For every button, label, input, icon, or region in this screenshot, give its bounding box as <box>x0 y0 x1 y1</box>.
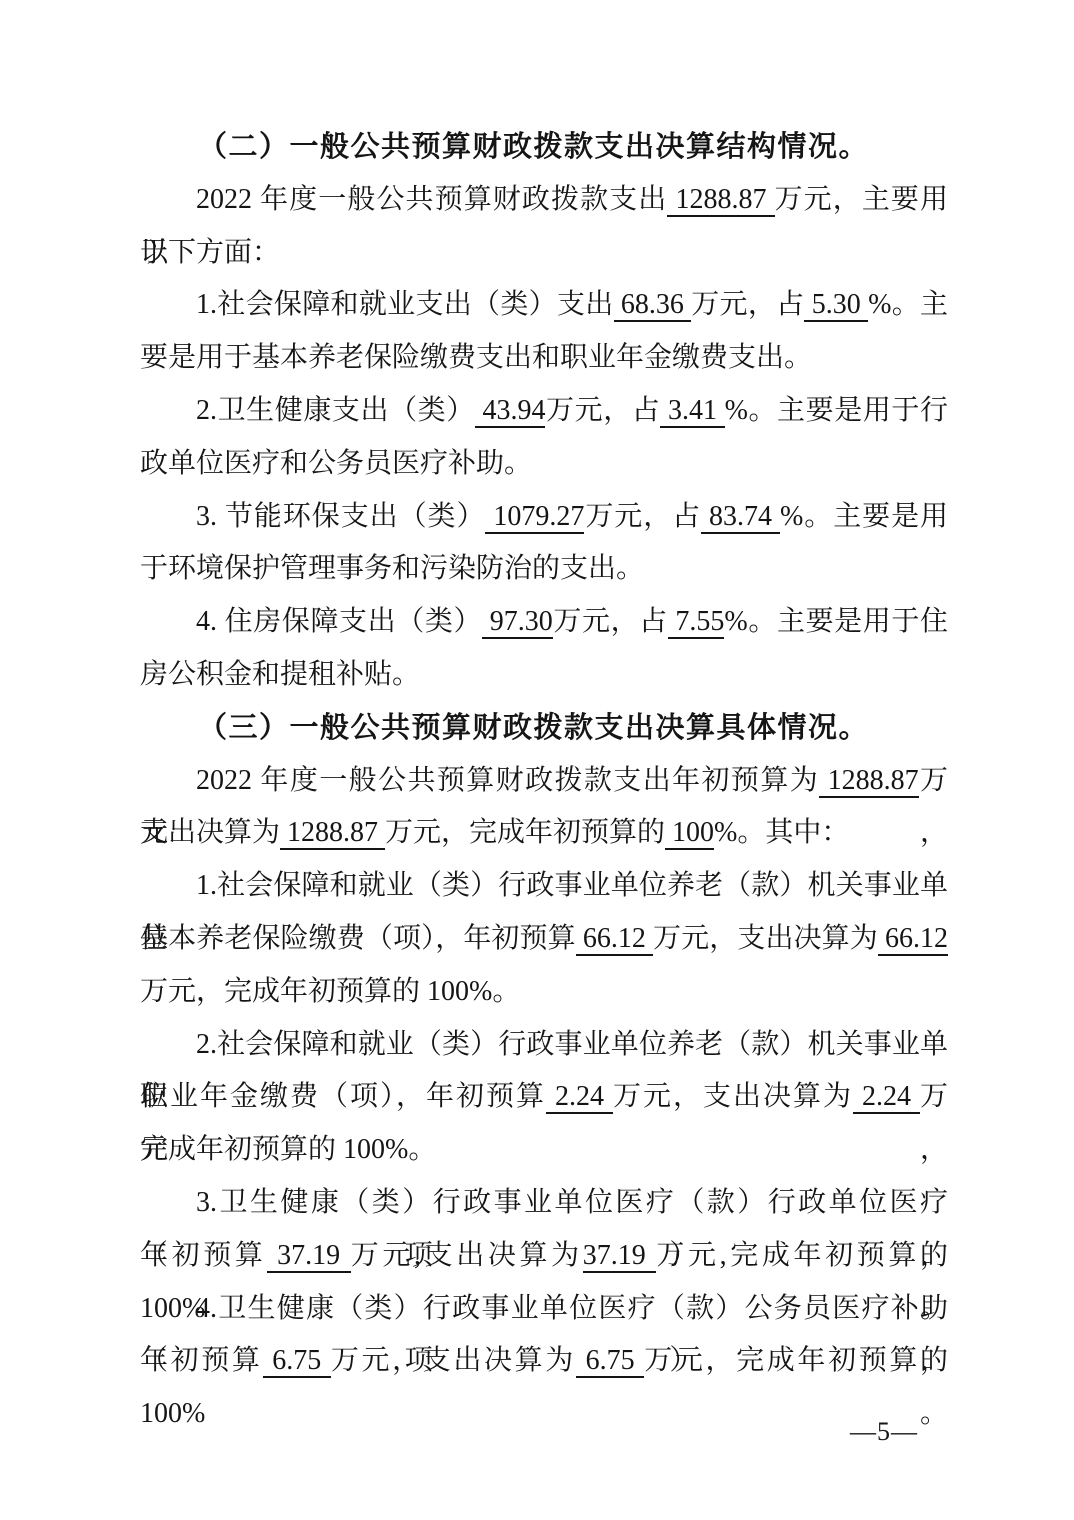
text-run: 万元，占 <box>691 289 804 320</box>
underlined-value: 2.24 <box>853 1081 920 1114</box>
text-run: 万元,支出决算为 <box>351 1240 583 1271</box>
text-line: 万元，完成年初预算的 100%。 <box>140 966 948 1019</box>
text-run: 1.社会保障和就业支出（类）支出 <box>196 289 614 320</box>
text-line: 房公积金和提租补贴。 <box>140 649 948 702</box>
text-line: 基本养老保险缴费（项），年初预算 66.12 万元，支出决算为 66.12 <box>140 913 948 966</box>
text-run: 支出决算为 <box>140 817 280 848</box>
underlined-value: 6.75 <box>576 1345 644 1378</box>
text-line: 以下方面： <box>140 227 948 280</box>
text-run: 万元，支出决算为 <box>613 1081 853 1112</box>
text-block: （二）一般公共预算财政拨款支出决算结构情况。2022 年度一般公共预算财政拨款支… <box>140 121 948 1388</box>
text-line: 3. 节能环保支出（类） 1079.27万元，占 83.74 %。主要是用 <box>140 491 948 544</box>
text-run: （二）一般公共预算财政拨款支出决算结构情况。 <box>198 131 869 163</box>
underlined-value: 1288.87 <box>667 184 774 217</box>
text-run: 万元，占 <box>545 395 660 426</box>
underlined-value: 6.75 <box>263 1345 331 1378</box>
text-line: 要是用于基本养老保险缴费支出和职业年金缴费支出。 <box>140 332 948 385</box>
text-line: 年初预算 37.19 万元,支出决算为37.19 万元,完成年初预算的 100%… <box>140 1230 948 1283</box>
text-run: 基本养老保险缴费（项），年初预算 <box>140 923 576 954</box>
underlined-value: 5.30 <box>804 289 868 322</box>
underlined-value: 68.36 <box>614 289 692 322</box>
text-line: 支出决算为 1288.87 万元，完成年初预算的 100%。其中： <box>140 807 948 860</box>
underlined-value: 97.30 <box>482 606 553 639</box>
text-line: 1.社会保障和就业支出（类）支出 68.36 万元，占 5.30 %。主 <box>140 279 948 332</box>
underlined-value: 1288.87 <box>819 765 918 798</box>
text-line: 2.社会保障和就业（类）行政事业单位养老（款）机关事业单位 <box>140 1019 948 1072</box>
text-run: 万元，支出决算为 <box>653 923 878 954</box>
underlined-value: 37.19 <box>267 1240 351 1273</box>
text-run: 年初预算 <box>140 1240 267 1271</box>
text-run: 4. 住房保障支出（类） <box>196 606 482 637</box>
underlined-value: 100 <box>665 817 714 850</box>
text-line: 1.社会保障和就业（类）行政事业单位养老（款）机关事业单位 <box>140 860 948 913</box>
text-line: 于环境保护管理事务和污染防治的支出。 <box>140 543 948 596</box>
text-run: 完成年初预算的 100%。 <box>140 1134 436 1165</box>
text-run: 万元，完成年初预算的 <box>385 817 665 848</box>
text-run: 于环境保护管理事务和污染防治的支出。 <box>140 553 644 584</box>
text-run: 万元，完成年初预算的 100%。 <box>140 976 520 1007</box>
underlined-value: 37.19 <box>583 1240 657 1273</box>
text-run: 政单位医疗和公务员医疗补助。 <box>140 448 532 479</box>
underlined-value: 43.94 <box>475 395 546 428</box>
text-run: %。主 <box>868 289 948 320</box>
text-run: 以下方面： <box>140 237 280 268</box>
text-run: 万元，占 <box>553 606 668 637</box>
underlined-value: 2.24 <box>546 1081 613 1114</box>
text-line: 2022 年度一般公共预算财政拨款支出 1288.87 万元，主要用于 <box>140 174 948 227</box>
underlined-value: 3.41 <box>660 395 724 428</box>
text-line: 职业年金缴费（项），年初预算 2.24 万元，支出决算为 2.24 万元， <box>140 1071 948 1124</box>
text-run: 职业年金缴费（项），年初预算 <box>140 1081 546 1112</box>
text-run: 要是用于基本养老保险缴费支出和职业年金缴费支出。 <box>140 342 812 373</box>
text-run: 年初预算 <box>140 1345 263 1376</box>
text-line: 2022 年度一般公共预算财政拨款支出年初预算为 1288.87万元， <box>140 755 948 808</box>
text-run: %。主要是用于住 <box>724 606 948 637</box>
underlined-value: 83.74 <box>701 501 780 534</box>
text-run: %。主要是用 <box>780 501 948 532</box>
text-line: 4.卫生健康（类）行政事业单位医疗（款）公务员医疗补助（项）， <box>140 1283 948 1336</box>
text-run: %。主要是用于行 <box>725 395 948 426</box>
text-line: 2.卫生健康支出（类） 43.94万元，占 3.41 %。主要是用于行 <box>140 385 948 438</box>
underlined-value: 66.12 <box>576 923 653 956</box>
section-heading: （二）一般公共预算财政拨款支出决算结构情况。 <box>140 121 948 174</box>
text-run: 3. 节能环保支出（类） <box>196 501 485 532</box>
text-run: 万元，占 <box>584 501 701 532</box>
text-line: 3.卫生健康（类）行政事业单位医疗（款）行政单位医疗（项）， <box>140 1177 948 1230</box>
text-line: 年初预算 6.75 万元，支出决算为 6.75 万元，完成年初预算的 100%。 <box>140 1335 948 1388</box>
page-number: —5— <box>850 1414 918 1450</box>
text-run: 2022 年度一般公共预算财政拨款支出 <box>196 184 667 215</box>
text-line: 政单位医疗和公务员医疗补助。 <box>140 438 948 491</box>
text-run: %。其中： <box>714 817 849 848</box>
text-run: 2.卫生健康支出（类） <box>196 395 475 426</box>
document-page: （二）一般公共预算财政拨款支出决算结构情况。2022 年度一般公共预算财政拨款支… <box>0 0 1074 1520</box>
text-run: 2022 年度一般公共预算财政拨款支出年初预算为 <box>196 765 819 796</box>
underlined-value: 1288.87 <box>280 817 385 850</box>
underlined-value: 66.12 <box>878 923 948 956</box>
text-run: （三）一般公共预算财政拨款支出决算具体情况。 <box>198 712 869 744</box>
section-heading: （三）一般公共预算财政拨款支出决算具体情况。 <box>140 702 948 755</box>
underlined-value: 7.55 <box>668 606 725 639</box>
underlined-value: 1079.27 <box>485 501 584 534</box>
text-line: 4. 住房保障支出（类） 97.30万元，占 7.55%。主要是用于住 <box>140 596 948 649</box>
text-run: 房公积金和提租补贴。 <box>140 659 420 690</box>
text-run: 万元，支出决算为 <box>331 1345 576 1376</box>
